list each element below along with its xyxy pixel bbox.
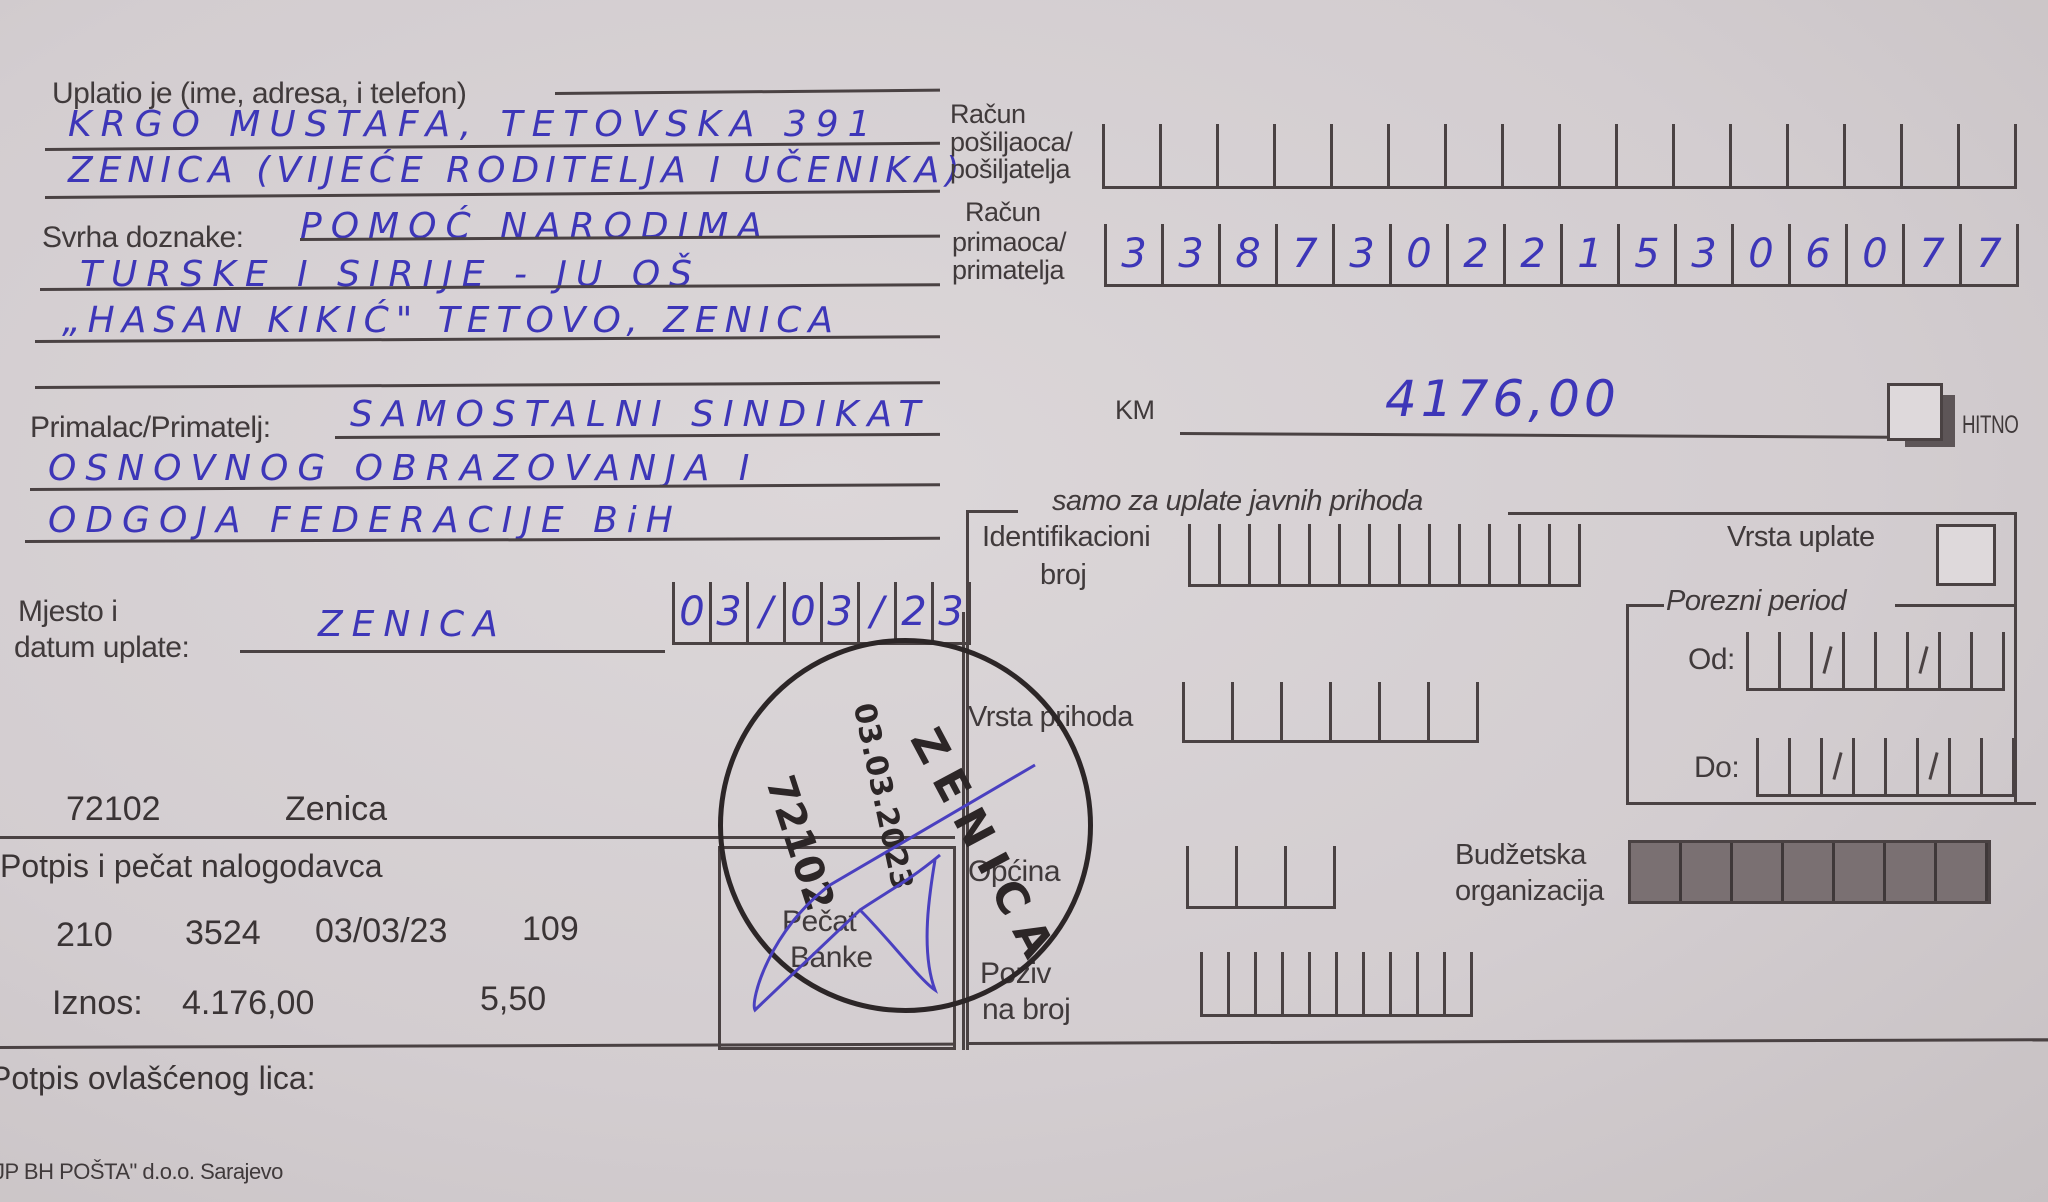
digit-cell[interactable] bbox=[1389, 952, 1416, 1014]
digit-cell[interactable] bbox=[1746, 632, 1778, 688]
payer-line-1[interactable]: KRGO MUSTAFA, TETOVSKA 391 bbox=[68, 104, 880, 145]
digit-cell[interactable] bbox=[1756, 738, 1788, 794]
receipt-transaction: 3524 bbox=[185, 914, 261, 953]
digit-cell[interactable] bbox=[1427, 682, 1479, 740]
digit-cell[interactable] bbox=[1254, 952, 1281, 1014]
public-revenue-title: samo za uplate javnih prihoda bbox=[1052, 486, 1423, 516]
publisher-imprint: JP BH POŠTA" d.o.o. Sarajevo bbox=[0, 1160, 283, 1183]
digit-cell bbox=[1631, 843, 1682, 901]
receipt-terminal: 210 bbox=[56, 916, 113, 955]
currency-label: KM bbox=[1115, 396, 1155, 424]
digit-cell[interactable] bbox=[1980, 738, 2015, 794]
date-boxes[interactable]: 03/03/23 bbox=[672, 582, 971, 645]
digit-cell[interactable]: 0 bbox=[672, 582, 709, 642]
recipient-account-boxes[interactable]: 3387302215306077 bbox=[1104, 224, 2019, 287]
digit-cell[interactable]: 7 bbox=[1275, 224, 1332, 284]
digit-cell[interactable] bbox=[1672, 124, 1729, 186]
payment-slip: Uplatio je (ime, adresa, i telefon) KRGO… bbox=[0, 0, 2048, 1202]
to-label: Do: bbox=[1694, 752, 1739, 784]
digit-cell[interactable] bbox=[1416, 952, 1443, 1014]
digit-cell[interactable] bbox=[1810, 632, 1842, 688]
to-date-boxes[interactable] bbox=[1756, 738, 2015, 797]
rule bbox=[1626, 802, 2036, 805]
recipient-account-label-2: primaoca/ bbox=[952, 228, 1066, 256]
digit-cell[interactable]: 7 bbox=[1902, 224, 1959, 284]
payer-line-2[interactable]: ZENICA (VIJEĆE RODITELJA I UČENIKA) bbox=[68, 150, 965, 191]
date-separator bbox=[1822, 646, 1832, 674]
digit-cell[interactable]: 1 bbox=[1560, 224, 1617, 284]
digit-cell[interactable] bbox=[1329, 682, 1378, 740]
id-label-2: broj bbox=[1040, 560, 1086, 590]
budget-org-label-1: Budžetska bbox=[1455, 840, 1586, 870]
digit-cell bbox=[1733, 843, 1784, 901]
digit-cell[interactable] bbox=[1906, 632, 1938, 688]
signature-label: Potpis i pečat nalogodavca bbox=[0, 848, 382, 885]
digit-cell[interactable] bbox=[1218, 524, 1248, 584]
urgent-label: HITNO bbox=[1962, 412, 2018, 438]
purpose-line-1[interactable]: POMOĆ NARODIMA bbox=[300, 206, 771, 247]
sender-account-label-1: Račun bbox=[950, 100, 1026, 128]
digit-cell[interactable] bbox=[1558, 124, 1615, 186]
digit-cell[interactable]: 0 bbox=[783, 582, 820, 642]
digit-cell[interactable] bbox=[1281, 952, 1308, 1014]
digit-cell[interactable] bbox=[1501, 124, 1558, 186]
digit-cell[interactable] bbox=[1957, 124, 2017, 186]
digit-cell[interactable]: 0 bbox=[1389, 224, 1446, 284]
rule bbox=[35, 381, 940, 389]
digit-cell bbox=[1937, 843, 1988, 901]
digit-cell[interactable]: 2 bbox=[1503, 224, 1560, 284]
digit-cell[interactable] bbox=[1788, 738, 1820, 794]
receipt-counter: 109 bbox=[522, 910, 579, 949]
rule bbox=[1180, 432, 1890, 439]
recipient-account-label-3: primatelja bbox=[952, 256, 1064, 284]
digit-cell[interactable]: 5 bbox=[1617, 224, 1674, 284]
digit-cell[interactable] bbox=[1273, 124, 1330, 186]
tax-period-border bbox=[1626, 604, 1629, 804]
digit-cell[interactable]: 3 bbox=[1332, 224, 1389, 284]
sender-account-boxes[interactable] bbox=[1102, 124, 2017, 189]
digit-cell[interactable] bbox=[1444, 124, 1501, 186]
digit-cell[interactable] bbox=[1216, 124, 1273, 186]
digit-cell[interactable] bbox=[1820, 738, 1852, 794]
date-separator bbox=[1918, 646, 1928, 674]
digit-cell[interactable] bbox=[1398, 524, 1428, 584]
payment-type-box[interactable] bbox=[1936, 524, 1996, 586]
id-number-boxes[interactable] bbox=[1188, 524, 1581, 587]
digit-cell bbox=[1784, 843, 1835, 901]
place-value[interactable]: ZENICA bbox=[318, 604, 507, 645]
digit-cell[interactable] bbox=[1843, 124, 1900, 186]
digit-cell[interactable] bbox=[1948, 738, 1980, 794]
payment-type-label: Vrsta uplate bbox=[1727, 522, 1875, 552]
digit-cell[interactable]: 3 bbox=[1104, 224, 1161, 284]
digit-cell[interactable] bbox=[1458, 524, 1488, 584]
digit-cell[interactable] bbox=[1443, 952, 1473, 1014]
digit-cell[interactable] bbox=[1278, 524, 1308, 584]
digit-cell[interactable] bbox=[1778, 632, 1810, 688]
rule bbox=[555, 89, 940, 95]
digit-cell[interactable] bbox=[1874, 632, 1906, 688]
digit-cell[interactable]: 3 bbox=[709, 582, 746, 642]
municipality-boxes[interactable] bbox=[1186, 846, 1336, 909]
place-date-label-2: datum uplate: bbox=[14, 632, 189, 664]
digit-cell[interactable] bbox=[1615, 124, 1672, 186]
digit-cell[interactable] bbox=[1227, 952, 1254, 1014]
digit-cell[interactable]: 3 bbox=[1161, 224, 1218, 284]
digit-cell[interactable]: 2 bbox=[894, 582, 931, 642]
digit-cell[interactable]: 0 bbox=[1845, 224, 1902, 284]
rule bbox=[45, 190, 940, 199]
digit-cell[interactable] bbox=[1200, 952, 1227, 1014]
digit-cell[interactable]: 0 bbox=[1731, 224, 1788, 284]
digit-cell[interactable] bbox=[1852, 738, 1884, 794]
receipt-postal-code: 72102 bbox=[66, 790, 161, 829]
signature-scribble bbox=[740, 760, 1120, 1030]
digit-cell[interactable] bbox=[1182, 682, 1231, 740]
authorized-signature-label: Potpis ovlašćenog lica: bbox=[0, 1060, 316, 1097]
rule bbox=[968, 510, 1018, 513]
date-separator bbox=[1832, 752, 1842, 780]
digit-cell[interactable]: 7 bbox=[1959, 224, 2019, 284]
digit-cell[interactable] bbox=[1378, 682, 1427, 740]
digit-cell[interactable] bbox=[1284, 846, 1336, 906]
purpose-label: Svrha doznake: bbox=[42, 222, 243, 254]
digit-cell[interactable] bbox=[1884, 738, 1916, 794]
digit-cell[interactable] bbox=[1900, 124, 1957, 186]
digit-cell bbox=[1682, 843, 1733, 901]
digit-cell[interactable] bbox=[1248, 524, 1278, 584]
digit-cell[interactable] bbox=[1488, 524, 1518, 584]
digit-cell[interactable]: / bbox=[746, 582, 783, 642]
digit-cell[interactable] bbox=[1308, 952, 1335, 1014]
digit-cell[interactable] bbox=[1842, 632, 1874, 688]
recipient-label: Primalac/Primatelj: bbox=[30, 412, 271, 444]
digit-cell[interactable]: 3 bbox=[820, 582, 857, 642]
digit-cell[interactable] bbox=[1368, 524, 1398, 584]
digit-cell[interactable]: / bbox=[857, 582, 894, 642]
purpose-line-3[interactable]: „HASAN KIKIĆ" TETOVO, ZENICA bbox=[62, 300, 840, 341]
digit-cell[interactable] bbox=[1231, 682, 1280, 740]
digit-cell[interactable] bbox=[1786, 124, 1843, 186]
digit-cell[interactable] bbox=[1970, 632, 2005, 688]
digit-cell[interactable] bbox=[1387, 124, 1444, 186]
digit-cell[interactable]: 2 bbox=[1446, 224, 1503, 284]
digit-cell[interactable] bbox=[1335, 952, 1362, 1014]
reference-number-boxes[interactable] bbox=[1200, 952, 1473, 1017]
recipient-line-1[interactable]: SAMOSTALNI SINDIKAT bbox=[350, 394, 929, 435]
digit-cell[interactable] bbox=[1280, 682, 1329, 740]
digit-cell[interactable] bbox=[1338, 524, 1368, 584]
from-date-boxes[interactable] bbox=[1746, 632, 2005, 691]
digit-cell[interactable] bbox=[1102, 124, 1159, 186]
receipt-fee: 5,50 bbox=[480, 980, 546, 1019]
digit-cell[interactable] bbox=[1518, 524, 1548, 584]
digit-cell[interactable]: 3 bbox=[931, 582, 971, 642]
date-separator bbox=[1928, 752, 1938, 780]
receipt-amount-label: Iznos: bbox=[52, 984, 143, 1023]
sender-account-label-2: pošiljaoca/ bbox=[950, 128, 1072, 156]
digit-cell[interactable] bbox=[1938, 632, 1970, 688]
from-label: Od: bbox=[1688, 644, 1735, 676]
digit-cell[interactable]: 3 bbox=[1674, 224, 1731, 284]
recipient-account-label-1: Račun bbox=[965, 198, 1041, 226]
receipt-amount: 4.176,00 bbox=[182, 984, 314, 1023]
rule bbox=[1626, 604, 1664, 607]
budget-org-boxes bbox=[1628, 840, 1991, 904]
rule bbox=[1895, 604, 2017, 607]
amount-value[interactable]: 4176,00 bbox=[1385, 370, 1620, 428]
digit-cell[interactable]: 8 bbox=[1218, 224, 1275, 284]
digit-cell[interactable] bbox=[1308, 524, 1338, 584]
rule bbox=[1508, 512, 2016, 515]
digit-cell[interactable] bbox=[1188, 524, 1218, 584]
digit-cell[interactable] bbox=[1235, 846, 1284, 906]
digit-cell[interactable] bbox=[1362, 952, 1389, 1014]
digit-cell[interactable] bbox=[1548, 524, 1581, 584]
sender-account-label-3: pošiljatelja bbox=[950, 155, 1070, 183]
urgent-checkbox[interactable] bbox=[1887, 383, 1943, 441]
id-label-1: Identifikacioni bbox=[982, 522, 1150, 552]
place-date-label-1: Mjesto i bbox=[18, 596, 117, 628]
recipient-line-3[interactable]: ODGOJA FEDERACIJE BiH bbox=[48, 500, 682, 541]
digit-cell[interactable] bbox=[1916, 738, 1948, 794]
recipient-line-2[interactable]: OSNOVNOG OBRAZOVANJA I bbox=[48, 448, 758, 489]
receipt-date: 03/03/23 bbox=[315, 912, 447, 951]
digit-cell[interactable]: 6 bbox=[1788, 224, 1845, 284]
rule bbox=[966, 1038, 2048, 1045]
tax-period-title: Porezni period bbox=[1666, 586, 1846, 616]
digit-cell[interactable] bbox=[1330, 124, 1387, 186]
digit-cell bbox=[1835, 843, 1886, 901]
digit-cell[interactable] bbox=[1186, 846, 1235, 906]
digit-cell bbox=[1886, 843, 1937, 901]
digit-cell[interactable] bbox=[1159, 124, 1216, 186]
rule bbox=[240, 650, 665, 653]
digit-cell[interactable] bbox=[1428, 524, 1458, 584]
receipt-city: Zenica bbox=[285, 790, 387, 829]
revenue-type-boxes[interactable] bbox=[1182, 682, 1479, 743]
budget-org-label-2: organizacija bbox=[1455, 876, 1604, 906]
digit-cell[interactable] bbox=[1729, 124, 1786, 186]
